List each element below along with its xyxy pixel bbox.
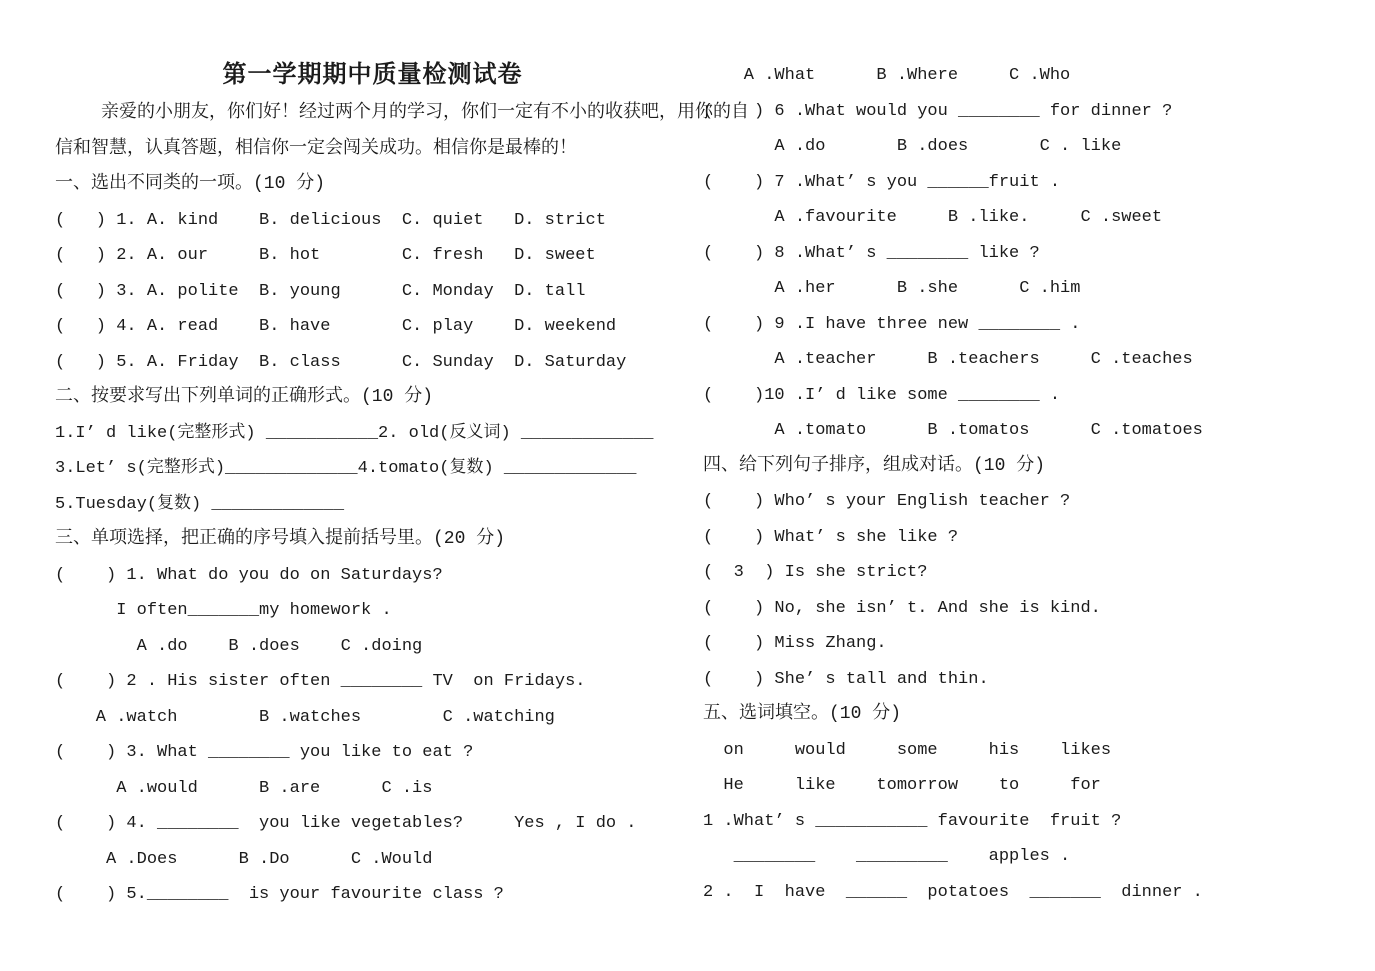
s3-q2: ( ) 2 . His sister often ________ TV on … xyxy=(55,664,690,700)
s4-item-3: ( 3 ) Is she strict? xyxy=(703,555,1365,591)
s3-q4-options: A .Does B .Do C .Would xyxy=(55,842,690,878)
section1-heading: 一、选出不同类的一项。(10 分) xyxy=(55,167,690,203)
s1-item-4: ( ) 4. A. read B. have C. play D. weeken… xyxy=(55,309,690,345)
s3-q7: ( ) 7 .What’ s you ______fruit . xyxy=(703,165,1365,201)
s2-item-2: 3.Let’ s(完整形式)_____________4.tomato(复数) … xyxy=(55,451,690,487)
s5-wordbank-row-2: He like tomorrow to for xyxy=(703,768,1365,804)
s5-wordbank-row-1: on would some his likes xyxy=(703,733,1365,769)
s4-item-1: ( ) Who’ s your English teacher ? xyxy=(703,484,1365,520)
s3-q1-options: A .do B .does C .doing xyxy=(55,629,690,665)
s1-item-3: ( ) 3. A. polite B. young C. Monday D. t… xyxy=(55,274,690,310)
s3-q8-options: A .her B .she C .him xyxy=(703,271,1365,307)
section5-heading: 五、选词填空。(10 分) xyxy=(703,697,1365,733)
s1-item-1: ( ) 1. A. kind B. delicious C. quiet D. … xyxy=(55,203,690,239)
s3-q5-options: A .What B .Where C .Who xyxy=(703,58,1365,94)
s4-item-5: ( ) Miss Zhang. xyxy=(703,626,1365,662)
s3-q1: ( ) 1. What do you do on Saturdays? xyxy=(55,558,690,594)
s4-item-6: ( ) She’ s tall and thin. xyxy=(703,662,1365,698)
s1-item-2: ( ) 2. A. our B. hot C. fresh D. sweet xyxy=(55,238,690,274)
s3-q7-options: A .favourite B .like. C .sweet xyxy=(703,200,1365,236)
s5-item-2: 2 . I have ______ potatoes _______ dinne… xyxy=(703,875,1365,911)
s2-item-1: 1.I’ d like(完整形式) ___________2. old(反义词)… xyxy=(55,416,690,452)
exam-title: 第一学期期中质量检测试卷 xyxy=(55,58,690,96)
right-column: A .What B .Where C .Who ( ) 6 .What woul… xyxy=(703,58,1365,910)
s4-item-4: ( ) No, she isn’ t. And she is kind. xyxy=(703,591,1365,627)
s5-item-1-answer: ________ _________ apples . xyxy=(703,839,1365,875)
s3-q1-stem: I often_______my homework . xyxy=(55,593,690,629)
s3-q2-options: A .watch B .watches C .watching xyxy=(55,700,690,736)
s3-q10-options: A .tomato B .tomatos C .tomatoes xyxy=(703,413,1365,449)
s4-item-2: ( ) What’ s she like ? xyxy=(703,520,1365,556)
s2-item-3: 5.Tuesday(复数) _____________ xyxy=(55,487,690,523)
section4-heading: 四、给下列句子排序，组成对话。(10 分) xyxy=(703,449,1365,485)
s3-q3: ( ) 3. What ________ you like to eat ? xyxy=(55,735,690,771)
s3-q6: ( ) 6 .What would you ________ for dinne… xyxy=(703,94,1365,130)
s3-q9-options: A .teacher B .teachers C .teaches xyxy=(703,342,1365,378)
s3-q5: ( ) 5.________ is your favourite class ? xyxy=(55,877,690,913)
s3-q8: ( ) 8 .What’ s ________ like ? xyxy=(703,236,1365,272)
section2-heading: 二、按要求写出下列单词的正确形式。(10 分) xyxy=(55,380,690,416)
intro-line-1: 亲爱的小朋友，你们好！经过两个月的学习，你们一定有不小的收获吧，用你的自 xyxy=(55,96,690,132)
intro-line-2: 信和智慧，认真答题，相信你一定会闯关成功。相信你是最棒的！ xyxy=(55,132,690,168)
s3-q4: ( ) 4. ________ you like vegetables? Yes… xyxy=(55,806,690,842)
s3-q6-options: A .do B .does C . like xyxy=(703,129,1365,165)
s1-item-5: ( ) 5. A. Friday B. class C. Sunday D. S… xyxy=(55,345,690,381)
s5-item-1: 1 .What’ s ___________ favourite fruit ? xyxy=(703,804,1365,840)
s3-q3-options: A .would B .are C .is xyxy=(55,771,690,807)
exam-paper: 第一学期期中质量检测试卷 亲爱的小朋友，你们好！经过两个月的学习，你们一定有不小… xyxy=(0,0,1375,971)
s3-q10: ( )10 .I’ d like some ________ . xyxy=(703,378,1365,414)
left-column: 第一学期期中质量检测试卷 亲爱的小朋友，你们好！经过两个月的学习，你们一定有不小… xyxy=(55,58,690,913)
s3-q9: ( ) 9 .I have three new ________ . xyxy=(703,307,1365,343)
section3-heading: 三、单项选择，把正确的序号填入提前括号里。(20 分) xyxy=(55,522,690,558)
